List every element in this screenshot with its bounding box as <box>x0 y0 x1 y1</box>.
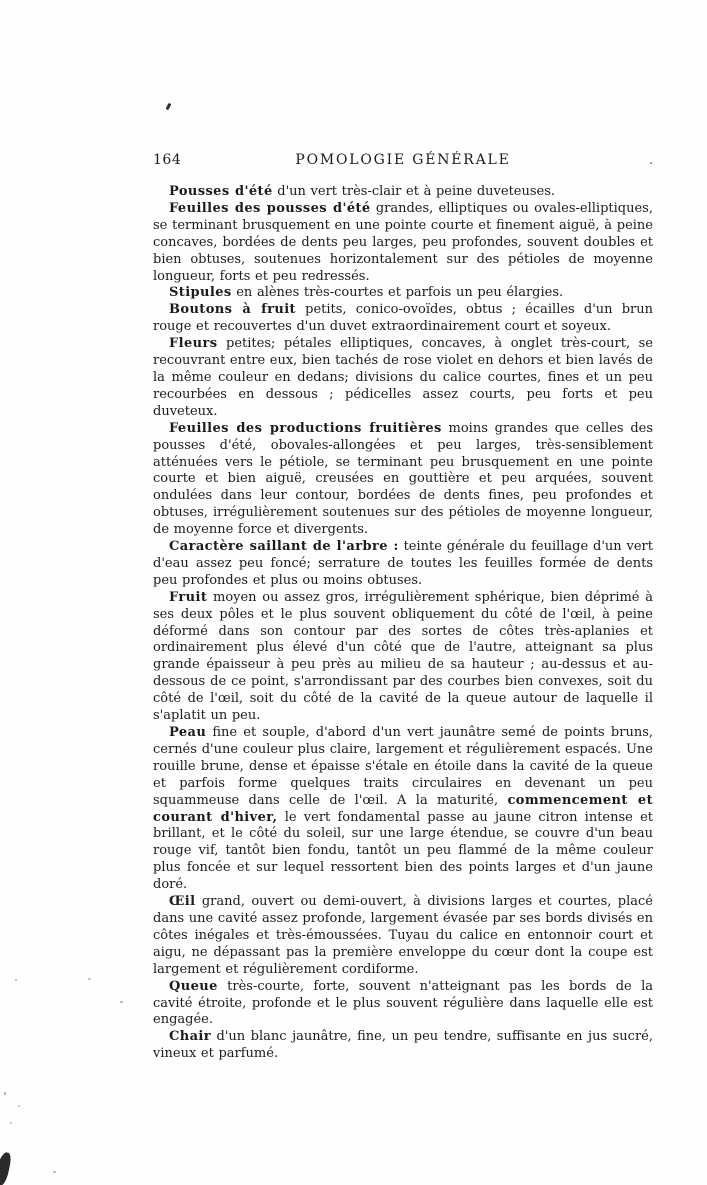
paragraph-lead: Feuilles des productions fruitières <box>169 421 442 436</box>
paragraph: Feuilles des pousses d'été grandes, elli… <box>153 201 653 286</box>
scan-speck <box>15 979 17 981</box>
scan-speck <box>10 1122 12 1124</box>
paragraph: Fleurs petites; pétales elliptiques, con… <box>153 336 653 421</box>
paragraph: Queue très-courte, forte, souvent n'atte… <box>153 979 653 1030</box>
paragraph: Fruit moyen ou assez gros, irrégulièreme… <box>153 590 653 725</box>
running-title: POMOLOGIE GÉNÉRALE <box>153 152 653 169</box>
paragraph-text: moins grandes que celles des pousses d'é… <box>153 421 653 537</box>
paragraph-text: très-courte, forte, souvent n'atteignant… <box>153 979 653 1028</box>
paragraph-text: d'un vert très-clair et à peine duveteus… <box>273 184 555 199</box>
paragraph: Stipules en alènes très-courtes et parfo… <box>153 285 653 302</box>
paragraph-text: d'un blanc jaunâtre, fine, un peu tendre… <box>153 1029 653 1061</box>
paragraph-lead: Chair <box>169 1029 211 1044</box>
paragraph: Chair d'un blanc jaunâtre, fine, un peu … <box>153 1029 653 1063</box>
text-column: POMOLOGIE GÉNÉRALE 164 Pousses d'été d'u… <box>153 152 653 1063</box>
scan-mark <box>166 103 172 111</box>
scan-speck <box>18 1105 20 1107</box>
paragraph-text: petites; pétales elliptiques, concaves, … <box>153 336 653 419</box>
paragraphs-container: Pousses d'été d'un vert très-clair et à … <box>153 184 653 1063</box>
scan-speck <box>53 1171 56 1173</box>
paragraph-lead: Caractère saillant de l'arbre : <box>169 539 399 554</box>
scan-speck <box>120 1001 123 1003</box>
paragraph-text: moyen ou assez gros, irrégulièrement sph… <box>153 590 653 723</box>
paragraph-lead: Feuilles des pousses d'été <box>169 201 371 216</box>
scan-speck <box>88 978 91 980</box>
paragraph-lead: Boutons à fruit <box>169 302 296 317</box>
paragraph: Boutons à fruit petits, conico-ovoïdes, … <box>153 302 653 336</box>
paragraph-lead: Pousses d'été <box>169 184 273 199</box>
scan-speck <box>650 162 652 164</box>
paragraph: Caractère saillant de l'arbre : teinte g… <box>153 539 653 590</box>
scan-speck <box>540 560 542 562</box>
paragraph-lead: Fruit <box>169 590 207 605</box>
paragraph: Feuilles des productions fruitières moin… <box>153 421 653 539</box>
paragraph-lead: Fleurs <box>169 336 217 351</box>
page-number: 164 <box>153 152 181 169</box>
paragraph-text: grand, ouvert ou demi-ouvert, à division… <box>153 894 653 977</box>
paragraph-lead: Peau <box>169 725 206 740</box>
paragraph: Peau fine et souple, d'abord d'un vert j… <box>153 725 653 894</box>
paragraph-lead: Queue <box>169 979 218 994</box>
paragraph-lead: Stipules <box>169 285 232 300</box>
scan-speck <box>4 1092 6 1095</box>
page-header: POMOLOGIE GÉNÉRALE 164 <box>153 152 653 169</box>
paragraph-lead: Œil <box>169 894 195 909</box>
paragraph: Œil grand, ouvert ou demi-ouvert, à divi… <box>153 894 653 979</box>
paragraph-text: en alènes très-courtes et parfois un peu… <box>232 285 564 300</box>
scan-blob <box>0 1151 12 1185</box>
paragraph: Pousses d'été d'un vert très-clair et à … <box>153 184 653 201</box>
book-page: POMOLOGIE GÉNÉRALE 164 Pousses d'été d'u… <box>0 0 707 1185</box>
